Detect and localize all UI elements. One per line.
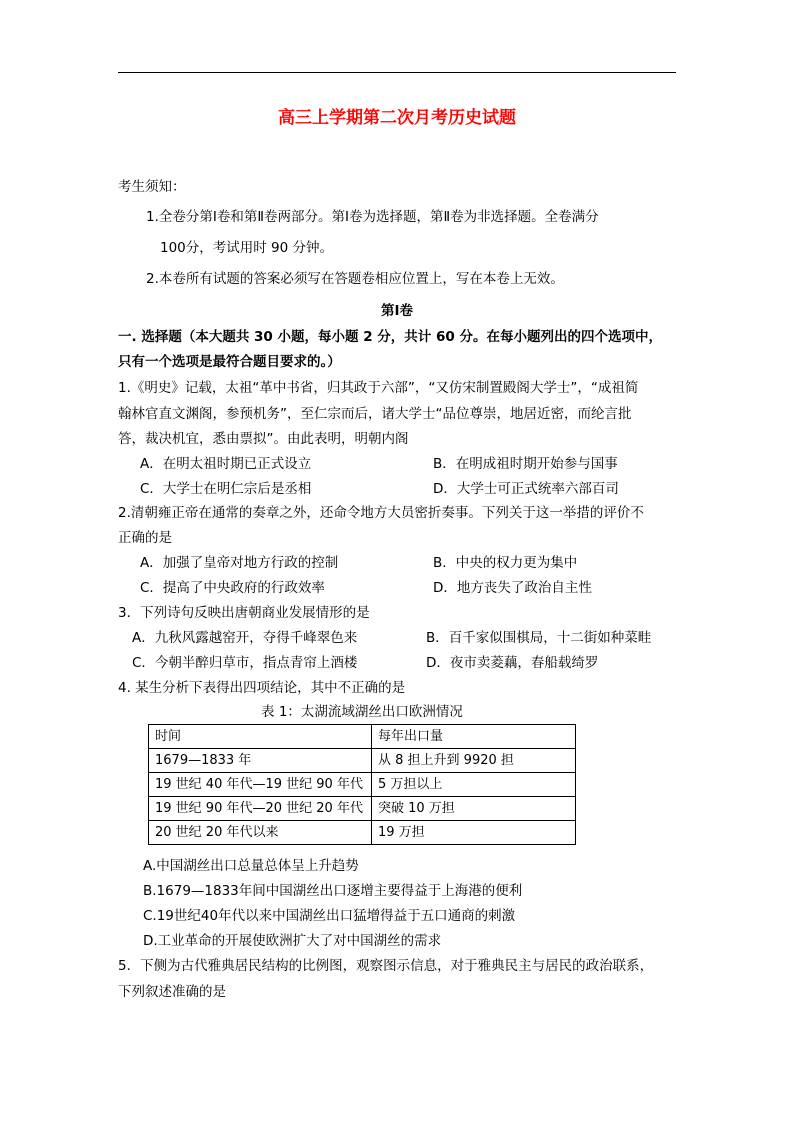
question-2-option-a: A．加强了皇帝对地方行政的控制 xyxy=(140,554,338,572)
page-title: 高三上学期第二次月考历史试题 xyxy=(0,107,794,129)
question-4-option-c: C.19世纪40年代以来中国湖丝出口猛增得益于五口通商的刺激 xyxy=(143,907,515,925)
notice-item-1: 1.全卷分第Ⅰ卷和第Ⅱ卷两部分。第Ⅰ卷为选择题，第Ⅱ卷为非选择题。全卷满分 xyxy=(146,208,599,226)
question-2-option-d: D．地方丧失了政治自主性 xyxy=(433,579,592,597)
table-cell: 19 万担 xyxy=(372,821,576,845)
notice-item-1-cont: 100分，考试用时 90 分钟。 xyxy=(160,239,333,257)
silk-export-table: 时间 每年出口量 1679—1833 年 从 8 担上升到 9920 担 19 … xyxy=(148,724,576,845)
question-4-option-a: A.中国湖丝出口总量总体呈上升趋势 xyxy=(143,857,359,875)
question-3-option-d: D．夜市卖菱藕，春船载绮罗 xyxy=(426,654,598,672)
table-cell: 5 万担以上 xyxy=(372,773,576,797)
question-3-option-c: C．今朝半醉归草市，指点青帘上酒楼 xyxy=(132,654,357,672)
table-header-cell: 时间 xyxy=(149,725,372,749)
table-cell: 19 世纪 40 年代—19 世纪 90 年代 xyxy=(149,773,372,797)
question-1-stem-line-1: 1.《明史》记载，太祖“革中书省，归其政于六部”，“又仿宋制置殿阁大学士”，“成… xyxy=(118,379,638,397)
question-1-option-c: C．大学士在明仁宗后是丞相 xyxy=(140,480,311,498)
table-header-cell: 每年出口量 xyxy=(372,725,576,749)
question-2-option-c: C．提高了中央政府的行政效率 xyxy=(140,579,325,597)
table-cell: 从 8 担上升到 9920 担 xyxy=(372,749,576,773)
question-2-option-b: B．中央的权力更为集中 xyxy=(433,554,577,572)
question-4-stem: 4. 某生分析下表得出四项结论，其中不正确的是 xyxy=(118,679,405,697)
question-1-option-d: D．大学士可正式统率六部百司 xyxy=(433,480,619,498)
part-instructions-line-1: 一. 选择题（本大题共 30 小题，每小题 2 分，共计 60 分。在每小题列出… xyxy=(118,328,662,346)
question-5-stem-line-1: 5．下侧为古代雅典居民结构的比例图，观察图示信息，对于雅典民主与居民的政治联系， xyxy=(118,957,653,975)
question-1-option-b: B．在明成祖时期开始参与国事 xyxy=(433,455,618,473)
notice-item-2: 2.本卷所有试题的答案必须写在答题卷相应位置上，写在本卷上无效。 xyxy=(146,270,564,288)
question-4-option-d: D.工业革命的开展使欧洲扩大了对中国湖丝的需求 xyxy=(143,932,441,950)
question-3-stem: 3．下列诗句反映出唐朝商业发展情形的是 xyxy=(118,604,370,622)
header-rule xyxy=(118,72,676,73)
question-2-stem-line-2: 正确的是 xyxy=(118,529,172,547)
question-1-stem-line-3: 答，裁决机宜，悉由票拟”。由此表明，明朝内阁 xyxy=(118,430,409,448)
table-row: 19 世纪 90 年代—20 世纪 20 年代 突破 10 万担 xyxy=(149,797,576,821)
table-cell: 20 世纪 20 年代以来 xyxy=(149,821,372,845)
table-cell: 突破 10 万担 xyxy=(372,797,576,821)
table-cell: 19 世纪 90 年代—20 世纪 20 年代 xyxy=(149,797,372,821)
question-3-option-a: A．九秋风露越窑开，夺得千峰翠色来 xyxy=(132,629,357,647)
part-instructions-line-2: 只有一个选项是最符合题目要求的。） xyxy=(118,353,341,371)
question-2-stem-line-1: 2.清朝雍正帝在通常的奏章之外，还命令地方大员密折奏事。下列关于这一举措的评价不 xyxy=(118,504,644,522)
table-row: 20 世纪 20 年代以来 19 万担 xyxy=(149,821,576,845)
section-title: 第Ⅰ卷 xyxy=(0,302,794,320)
question-4-option-b: B.1679—1833年间中国湖丝出口逐增主要得益于上海港的便利 xyxy=(143,882,522,900)
question-3-option-b: B．百千家似围棋局，十二街如种菜畦 xyxy=(426,629,651,647)
table-cell: 1679—1833 年 xyxy=(149,749,372,773)
table-row: 1679—1833 年 从 8 担上升到 9920 担 xyxy=(149,749,576,773)
table-row: 19 世纪 40 年代—19 世纪 90 年代 5 万担以上 xyxy=(149,773,576,797)
question-1-option-a: A．在明太祖时期已正式设立 xyxy=(140,455,311,473)
notice-heading: 考生须知： xyxy=(118,178,186,196)
table-header-row: 时间 每年出口量 xyxy=(149,725,576,749)
question-5-stem-line-2: 下列叙述准确的是 xyxy=(118,983,226,1001)
question-1-stem-line-2: 翰林官直文渊阁，参预机务”，至仁宗而后，诸大学士“品位尊崇，地居近密，而纶言批 xyxy=(118,405,632,423)
table-caption: 表 1：太湖流域湖丝出口欧洲情况 xyxy=(0,703,724,721)
